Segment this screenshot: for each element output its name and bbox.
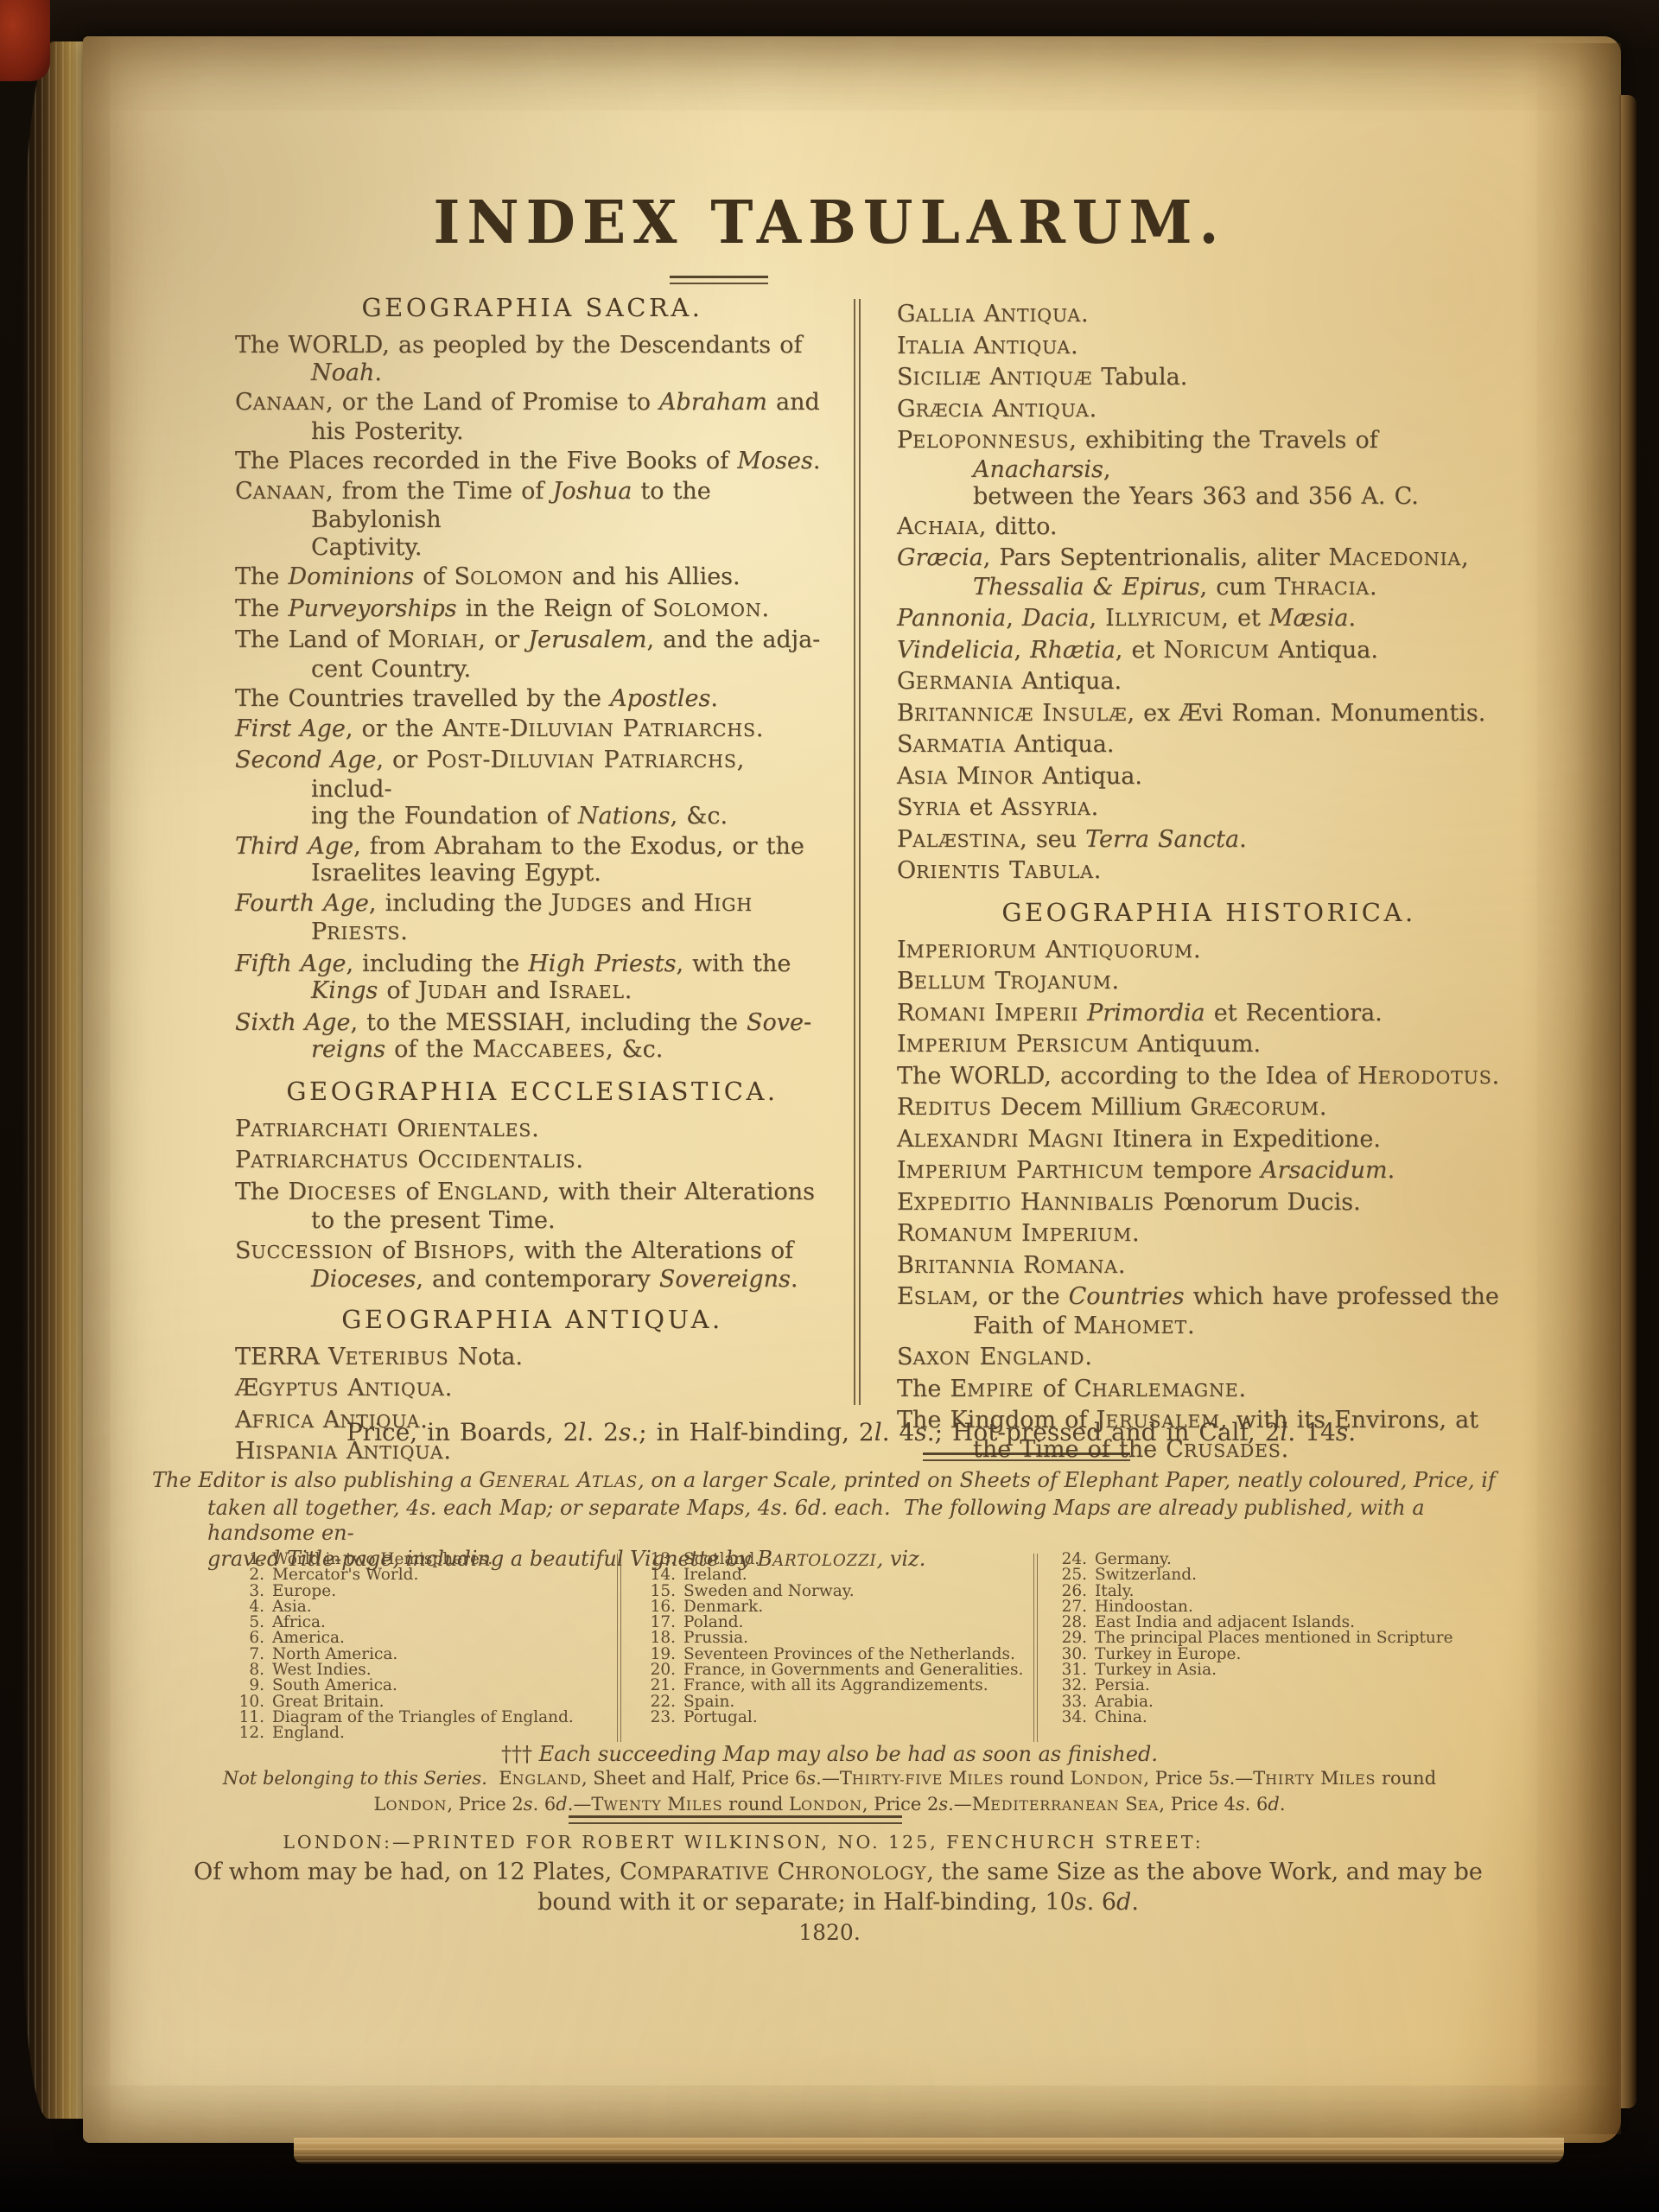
index-entry: Patriarchati Orientales. <box>235 1116 829 1145</box>
index-entry: Imperium Persicum Antiquum. <box>897 1031 1521 1060</box>
index-entry: Ægyptus Antiqua. <box>235 1375 829 1404</box>
book-fore-edge-left <box>22 41 90 2119</box>
index-entry: Sixth Age, to the MESSIAH, including the… <box>235 1009 829 1065</box>
index-entry: The Places recorded in the Five Books of… <box>235 448 829 475</box>
index-entry: The Dioceses of England, with their Alte… <box>235 1179 829 1235</box>
publisher-note-line: The Editor is also publishing a General … <box>152 1468 1535 1496</box>
map-list-column-1: 1.World in two Hemispheres.2.Mercator's … <box>232 1552 612 1742</box>
section-heading: GEOGRAPHIA SACRA. <box>235 292 829 323</box>
index-entry: The Countries travelled by the Apostles. <box>235 685 829 713</box>
index-entry: The Dominions of Solomon and his Allies. <box>235 563 829 593</box>
index-entry: The Empire of Charlemagne. <box>897 1376 1521 1405</box>
index-entry: Reditus Decem Millium Græcorum. <box>897 1094 1521 1123</box>
index-entry: Pannonia, Dacia, Illyricum, et Mæsia. <box>897 605 1521 634</box>
index-entry: Achaia, ditto. <box>897 513 1521 543</box>
index-entry: Italia Antiqua. <box>897 333 1521 362</box>
not-belonging-line: Not belonging to this Series. England, S… <box>207 1766 1452 1792</box>
index-entry: The Purveyorships in the Reign of Solomo… <box>235 595 829 625</box>
imprint-line: LONDON:—PRINTED FOR ROBERT WILKINSON, NO… <box>216 1832 1270 1853</box>
page-title: INDEX TABULARUM. <box>311 187 1348 257</box>
column-divider-rule <box>854 299 861 1405</box>
index-entry: Palæstina, seu Terra Sancta. <box>897 826 1521 855</box>
title-rule <box>670 276 768 284</box>
map-list-column-2: 13.Scotland.14.Ireland.15.Sweden and Nor… <box>643 1552 1030 1726</box>
index-entry: Expeditio Hannibalis Pœnorum Ducis. <box>897 1189 1521 1218</box>
index-entry: The WORLD, according to the Idea of Hero… <box>897 1063 1521 1092</box>
index-entry: Græcia Antiqua. <box>897 396 1521 425</box>
index-entry: Peloponnesus, exhibiting the Travels of … <box>897 427 1521 511</box>
index-entry: Eslam, or the Countries which have profe… <box>897 1283 1521 1341</box>
section-heading: GEOGRAPHIA HISTORICA. <box>897 897 1521 928</box>
index-entry: Imperium Parthicum tempore Arsacidum. <box>897 1157 1521 1186</box>
not-belonging-note: Not belonging to this Series. England, S… <box>207 1766 1452 1818</box>
book-edge-right <box>1619 95 1637 2108</box>
book-edge-bottom <box>294 2138 1564 2164</box>
section-heading: GEOGRAPHIA ECCLESIASTICA. <box>235 1076 829 1107</box>
book-spine-leather <box>0 0 50 81</box>
section-heading: GEOGRAPHIA ANTIQUA. <box>235 1304 829 1335</box>
index-entry: Saxon England. <box>897 1344 1521 1373</box>
book-page-photo: INDEX TABULARUM. GEOGRAPHIA SACRA.The WO… <box>0 0 1659 2212</box>
index-entry: Britannicæ Insulæ, ex Ævi Roman. Monumen… <box>897 700 1521 729</box>
map-list-item: 23.Portugal. <box>643 1710 1030 1726</box>
publication-year: 1820. <box>346 1920 1313 1945</box>
index-entry: Alexandri Magni Itinera in Expeditione. <box>897 1126 1521 1155</box>
publisher-note-line: taken all together, 4s. each Map; or sep… <box>152 1496 1535 1547</box>
index-entry: Second Age, or Post-Diluvian Patriarchs,… <box>235 747 829 830</box>
divider-rule <box>923 1452 1130 1461</box>
index-entry: Siciliæ Antiquæ Tabula. <box>897 364 1521 393</box>
index-entry: Sarmatia Antiqua. <box>897 731 1521 760</box>
divider-rule <box>569 1815 902 1824</box>
index-entry: Fourth Age, including the Judges and Hig… <box>235 890 829 948</box>
map-list-divider-rule <box>1033 1554 1038 1742</box>
index-entry: Syria et Assyria. <box>897 794 1521 823</box>
map-list-item: 34.China. <box>1054 1710 1512 1726</box>
index-entry: Asia Minor Antiqua. <box>897 763 1521 792</box>
index-entry: Canaan, or the Land of Promise to Abraha… <box>235 389 829 445</box>
index-entry: Germania Antiqua. <box>897 668 1521 697</box>
index-entry: Orientis Tabula. <box>897 857 1521 887</box>
map-list-item: 12.England. <box>232 1726 612 1741</box>
index-entry: Gallia Antiqua. <box>897 301 1521 330</box>
index-entry: First Age, or the Ante-Diluvian Patriarc… <box>235 715 829 745</box>
index-entry: TERRA Veteribus Nota. <box>235 1344 829 1373</box>
index-entry: Fifth Age, including the High Priests, w… <box>235 950 829 1007</box>
index-entry: Britannia Romana. <box>897 1252 1521 1281</box>
index-entry: Romani Imperii Primordia et Recentiora. <box>897 1000 1521 1029</box>
index-column-left: GEOGRAPHIA SACRA.The WORLD, as peopled b… <box>235 292 829 1470</box>
index-entry: Bellum Trojanum. <box>897 968 1521 997</box>
price-line: Price, in Boards, 2l. 2s.; in Half-bindi… <box>173 1418 1529 1446</box>
map-list-column-3: 24.Germany.25.Switzerland.26.Italy.27.Hi… <box>1054 1552 1512 1726</box>
index-entry: Romanum Imperium. <box>897 1220 1521 1249</box>
comparative-chronology-line: bound with it or separate; in Half-bindi… <box>121 1888 1555 1916</box>
comparative-chronology-line: Of whom may be had, on 12 Plates, Compar… <box>121 1858 1555 1888</box>
not-belonging-line: London, Price 2s. 6d.—Twenty Miles round… <box>207 1792 1452 1818</box>
index-entry: Succession of Bishops, with the Alterati… <box>235 1237 829 1294</box>
index-entry: Patriarchatus Occidentalis. <box>235 1147 829 1176</box>
index-entry: Imperiorum Antiquorum. <box>897 937 1521 966</box>
index-entry: The Land of Moriah, or Jerusalem, and th… <box>235 626 829 683</box>
index-entry: Canaan, from the Time of Joshua to the B… <box>235 478 829 562</box>
map-list-divider-rule <box>617 1554 621 1742</box>
index-entry: The WORLD, as peopled by the Descendants… <box>235 332 829 386</box>
index-entry: Vindelicia, Rhætia, et Noricum Antiqua. <box>897 637 1521 666</box>
comparative-chronology-note: Of whom may be had, on 12 Plates, Compar… <box>121 1858 1555 1916</box>
index-entry: Third Age, from Abraham to the Exodus, o… <box>235 833 829 887</box>
succeeding-maps-note: ††† Each succeeding Map may also be had … <box>372 1742 1287 1766</box>
index-entry: Græcia, Pars Septentrionalis, aliter Mac… <box>897 544 1521 602</box>
index-column-right: Gallia Antiqua.Italia Antiqua.Siciliæ An… <box>897 301 1521 1467</box>
